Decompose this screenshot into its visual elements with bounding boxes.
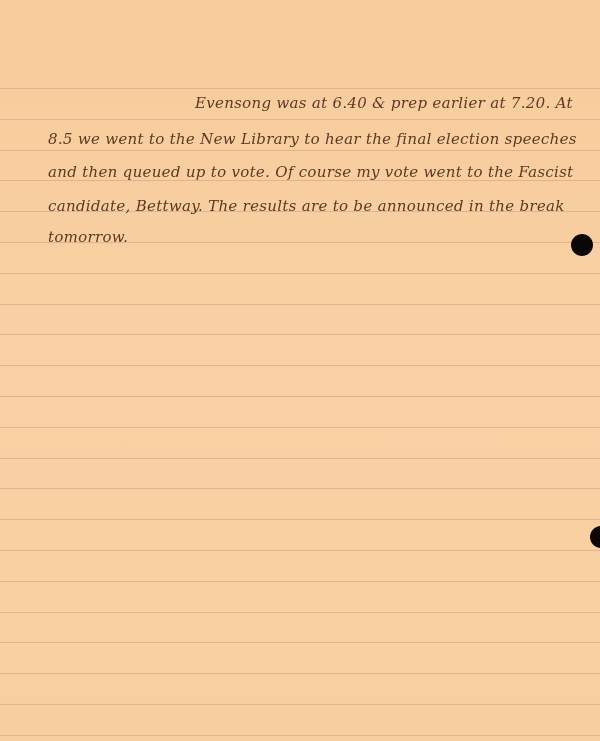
rule-line [0, 119, 600, 120]
rule-line [0, 88, 600, 89]
punch-hole-bottom [590, 526, 600, 548]
rule-line [0, 735, 600, 736]
rule-line [0, 612, 600, 613]
rule-line [0, 427, 600, 428]
rule-line [0, 458, 600, 459]
diary-page: Evensong was at 6.40 & prep earlier at 7… [0, 0, 600, 741]
rule-line [0, 396, 600, 397]
rule-line [0, 642, 600, 643]
rule-line [0, 704, 600, 705]
rule-line [0, 304, 600, 305]
handwritten-line-1: Evensong was at 6.40 & prep earlier at 7… [195, 94, 573, 112]
rule-line [0, 334, 600, 335]
rule-line [0, 488, 600, 489]
handwritten-line-5: tomorrow. [48, 228, 128, 246]
rule-line [0, 150, 600, 151]
handwritten-line-2: 8.5 we went to the New Library to hear t… [48, 130, 577, 148]
rule-line [0, 273, 600, 274]
rule-line [0, 365, 600, 366]
punch-hole-top [571, 234, 593, 256]
rule-line [0, 673, 600, 674]
handwritten-line-3: and then queued up to vote. Of course my… [48, 163, 573, 181]
rule-line [0, 519, 600, 520]
rule-line [0, 550, 600, 551]
handwritten-line-4: candidate, Bettway. The results are to b… [48, 197, 565, 215]
rule-line [0, 581, 600, 582]
